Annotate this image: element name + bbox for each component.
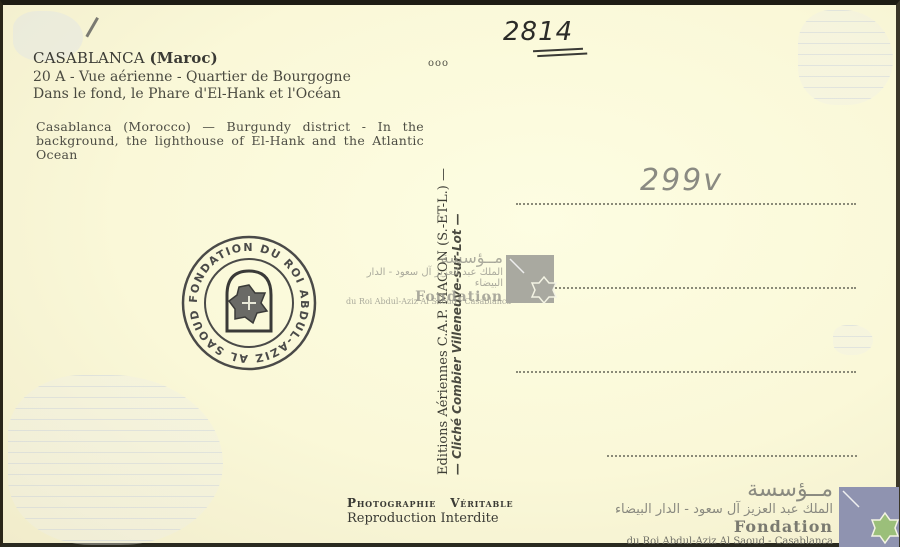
watermark-arabic-title: مــؤسسة [343,248,503,267]
footer-veritable: Véritable [450,496,513,510]
footer-notice: PhotographieVéritable Reproduction Inter… [347,496,513,526]
caption-fr-line2: Dans le fond, le Phare d'El-Hank et l'Oc… [33,86,341,102]
handwritten-inventory-number: 2814 [503,17,573,47]
address-line [516,287,856,289]
watermark-fondation: Fondation [613,517,833,536]
water-stain [8,375,223,545]
footer-interdite: Interdite [441,511,499,526]
handwritten-underline [533,48,583,53]
handwritten-roman-numeral: I [79,11,104,46]
title-city: CASABLANCA [33,49,145,67]
water-stain [798,10,893,105]
watermark-corner: مــؤسسة الملك عبد العزيز آل سعود - الدار… [613,477,833,547]
postcard-back: I CASABLANCA (Maroc) 20 A - Vue aérienne… [0,0,900,547]
handwritten-catalog-code: 299v [640,163,723,198]
watermark-subtitle: du Roi Abdul-Aziz Al Saoud - Casablanca [346,297,506,306]
caption-fr-line1: 20 A - Vue aérienne - Quartier de Bourgo… [33,69,351,85]
foundation-logo-icon [839,487,900,547]
watermark-subtitle: du Roi Abdul-Aziz Al Saoud - Casablanca [613,536,833,547]
address-line [607,455,857,457]
caption-title: CASABLANCA (Maroc) [33,49,218,67]
foundation-logo-icon [506,255,558,307]
title-country: (Maroc) [150,49,218,67]
footer-reproduction: Reproduction [347,511,436,526]
publisher-line: Editions Aériennes C.A.P. MACON (S.-ET-L… [436,168,451,475]
water-stain [833,325,873,355]
watermark-arabic-subtitle: الملك عبد العزيز آل سعود - الدار البيضاء [343,267,503,289]
foundation-stamp: FONDATION DU ROI ABDUL-AZIZ AL SAOUD [179,233,319,373]
caption-en: Casablanca (Morocco) — Burgundy district… [36,120,424,162]
address-line [516,371,856,373]
watermark-arabic-subtitle: الملك عبد العزيز آل سعود - الدار البيضاء [613,502,833,517]
decorative-circles: ooo [428,58,449,69]
footer-photographie: Photographie [347,496,436,510]
address-line [516,203,856,205]
watermark-arabic-title: مــؤسسة [613,477,833,502]
